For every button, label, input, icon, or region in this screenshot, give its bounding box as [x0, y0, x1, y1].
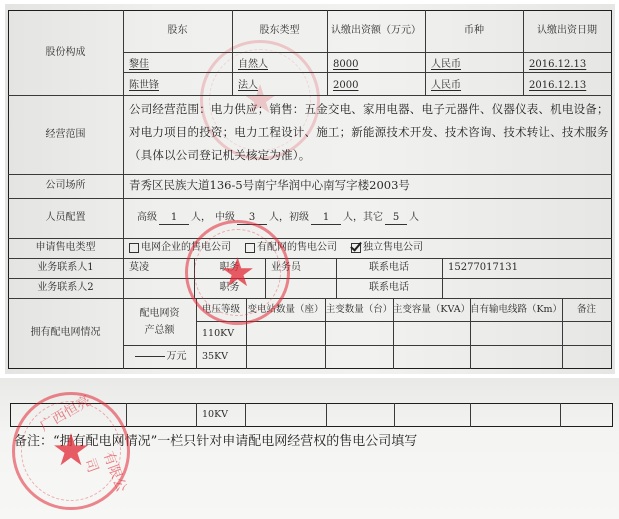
header-lines: 自有输电线路（Km） [470, 298, 562, 321]
asset-total-value [135, 356, 165, 357]
asset-total-label: 配电网资 产总额 [123, 300, 196, 344]
contact2-title-label: 职务 [194, 278, 265, 298]
header-substations: 变电站数量（座） [246, 298, 325, 321]
shareholder-capital: 8000 [327, 55, 425, 75]
contact1-label: 业务联系人1 [8, 258, 123, 278]
staffing-counts: 高级 1 人， 中级 3 人， 初级 1 人， 其它 5 人 [137, 198, 607, 238]
senior-count: 1 [159, 212, 189, 225]
header-voltage: 电压等级 [196, 298, 246, 321]
shareholder-name: 黎佳 [123, 55, 232, 75]
asset-label-line2: 产总额 [145, 325, 175, 337]
distribution-label: 拥有配电网情况 [8, 298, 123, 368]
shareholder-currency: 人民币 [425, 76, 523, 96]
unit: 人 [409, 212, 419, 224]
voltage-level: 35KV [196, 346, 246, 368]
shareholder-type: 法人 [232, 76, 327, 96]
other-label: 其它 [363, 212, 383, 224]
separator: ， [353, 212, 363, 224]
premises-label: 公司场所 [8, 174, 123, 198]
footnote: 备注：“拥有配电网情况”一栏只针对申请配电网经营权的售电公司填写 [14, 430, 417, 449]
contact2-phone-label: 联系电话 [336, 278, 442, 298]
business-scope-label: 经营范围 [8, 95, 123, 174]
contact1-title: 业务员 [265, 258, 336, 278]
checkbox-icon[interactable] [245, 243, 255, 253]
equity-section-label: 股份构成 [8, 10, 123, 95]
shareholder-date: 2016.12.13 [523, 76, 611, 96]
premises-value: 青秀区民族大道136-5号南宁华润中心南写字楼2003号 [123, 174, 611, 198]
shareholder-type: 自然人 [232, 55, 327, 75]
asset-label-line1: 配电网资 [140, 308, 180, 320]
checkbox-icon[interactable] [129, 243, 139, 253]
unit: 人 [191, 212, 201, 224]
shareholder-name: 陈世锋 [123, 76, 232, 96]
header-capacity: 主变容量（KVA） [393, 298, 470, 321]
contact2-title [265, 278, 336, 298]
header-transformers: 主变数量（台） [325, 298, 393, 321]
mid-count: 3 [237, 212, 267, 225]
contact1-title-label: 职务 [194, 258, 265, 278]
shareholder-currency: 人民币 [425, 55, 523, 75]
other-count: 5 [385, 212, 407, 225]
application-type-options: 电网企业的售电公司 有配网的售电公司 独立售电公司 [123, 238, 611, 258]
header-shareholder-type: 股东类型 [232, 10, 327, 52]
voltage-level: 10KV [196, 404, 245, 426]
unit: 人 [343, 212, 353, 224]
junior-count: 1 [311, 212, 341, 225]
mid-label: 中级 [215, 212, 235, 224]
header-remarks: 备注 [562, 298, 611, 321]
asset-unit: 万元 [167, 351, 187, 363]
checkbox-checked-icon[interactable] [351, 243, 361, 253]
asset-total-field: 万元 [123, 345, 196, 368]
header-date: 认缴出资日期 [523, 10, 611, 52]
contact1-name: 莫凌 [123, 258, 194, 278]
option-label: 电网企业的售电公司 [141, 242, 231, 254]
senior-label: 高级 [137, 212, 157, 224]
header-currency: 币种 [425, 10, 523, 52]
shareholder-capital: 2000 [327, 76, 425, 96]
option-label: 独立售电公司 [363, 242, 423, 254]
contact1-phone: 15277017131 [442, 258, 611, 278]
separator: ， [279, 212, 289, 224]
unit: 人 [269, 212, 279, 224]
contact1-phone-label: 联系电话 [336, 258, 442, 278]
option-label: 有配网的售电公司 [257, 242, 337, 254]
application-type-label: 申请售电类型 [8, 238, 123, 258]
contact2-name [123, 278, 194, 298]
header-shareholder: 股东 [123, 10, 232, 52]
business-scope-text: 公司经营范围：电力供应；销售：五金交电、家用电器、电子元器件、仪器仪表、机电设备… [129, 98, 609, 167]
contact2-phone [442, 278, 611, 298]
option-distribution-company[interactable]: 有配网的售电公司 [245, 242, 337, 254]
option-grid-company[interactable]: 电网企业的售电公司 [129, 242, 231, 254]
contact2-label: 业务联系人2 [8, 278, 123, 298]
staffing-label: 人员配置 [8, 198, 123, 238]
shareholder-date: 2016.12.13 [523, 55, 611, 75]
voltage-level: 110KV [196, 322, 246, 345]
junior-label: 初级 [289, 212, 309, 224]
header-capital: 认缴出资额（万元） [327, 10, 425, 52]
option-independent-company[interactable]: 独立售电公司 [351, 242, 423, 254]
separator: ， [201, 212, 211, 224]
